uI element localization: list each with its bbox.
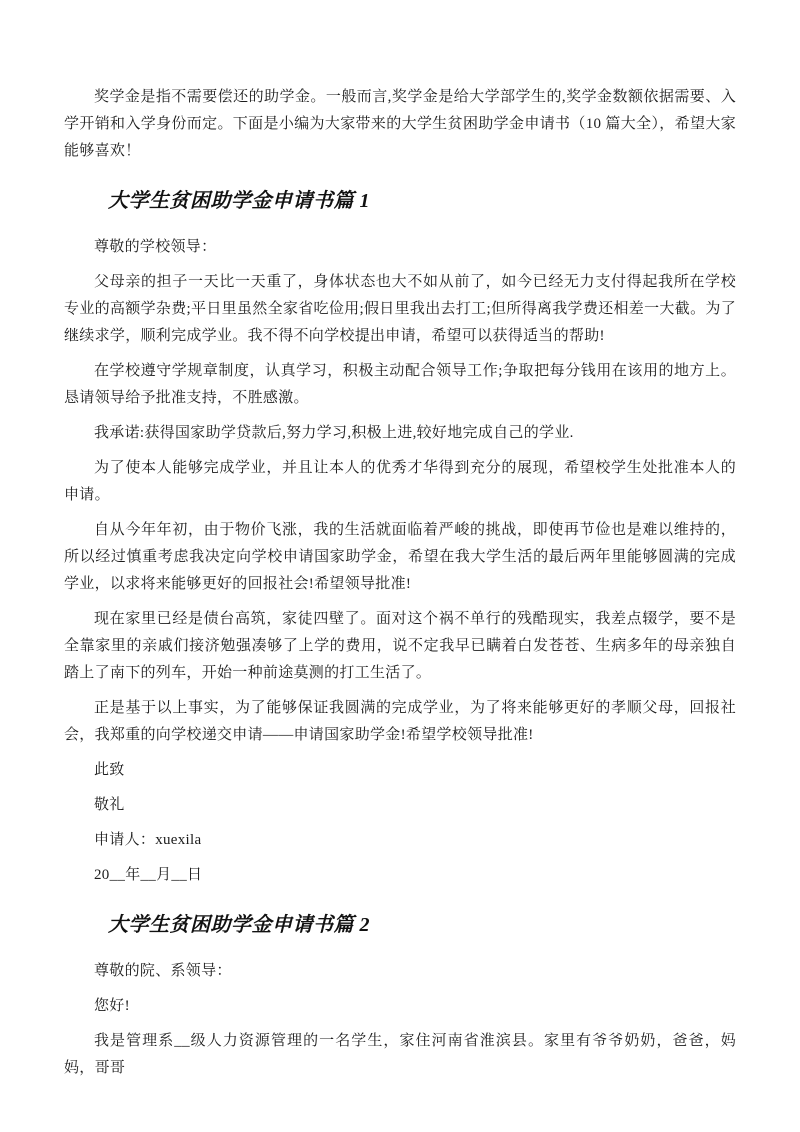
paragraph: 为了使本人能够完成学业，并且让本人的优秀才华得到充分的展现，希望校学生处批准本人…: [64, 455, 736, 509]
paragraph: 父母亲的担子一天比一天重了，身体状态也大不如从前了，如今已经无力支付得起我所在学…: [64, 269, 736, 350]
paragraph: 在学校遵守学规章制度，认真学习，积极主动配合领导工作;争取把每分钱用在该用的地方…: [64, 358, 736, 412]
section-1-title: 大学生贫困助学金申请书篇 1: [64, 186, 736, 216]
section-2-title: 大学生贫困助学金申请书篇 2: [64, 910, 736, 940]
document-page: 奖学金是指不需要偿还的助学金。一般而言,奖学金是给大学部学生的,奖学金数额依据需…: [0, 0, 800, 1132]
date-line: 20__年__月__日: [64, 862, 736, 889]
paragraph: 现在家里已经是债台高筑，家徒四壁了。面对这个祸不单行的残酷现实，我差点辍学，要不…: [64, 606, 736, 687]
paragraph: 自从今年年初，由于物价飞涨，我的生活就面临着严峻的挑战，即使再节俭也是难以维持的…: [64, 517, 736, 598]
salutation: 尊敬的学校领导：: [64, 234, 736, 261]
paragraph: 正是基于以上事实，为了能够保证我圆满的完成学业，为了将来能够更好的孝顺父母，回报…: [64, 695, 736, 749]
paragraph: 我是管理系__级人力资源管理的一名学生，家住河南省淮滨县。家里有爷爷奶奶，爸爸，…: [64, 1028, 736, 1082]
salutation: 尊敬的院、系领导：: [64, 958, 736, 985]
intro-paragraph: 奖学金是指不需要偿还的助学金。一般而言,奖学金是给大学部学生的,奖学金数额依据需…: [64, 84, 736, 165]
closing-jingli: 敬礼: [64, 792, 736, 819]
applicant-line: 申请人：xuexila: [64, 827, 736, 854]
paragraph: 我承诺:获得国家助学贷款后,努力学习,积极上进,较好地完成自己的学业.: [64, 420, 736, 447]
greeting: 您好!: [64, 993, 736, 1020]
closing-cizhi: 此致: [64, 757, 736, 784]
